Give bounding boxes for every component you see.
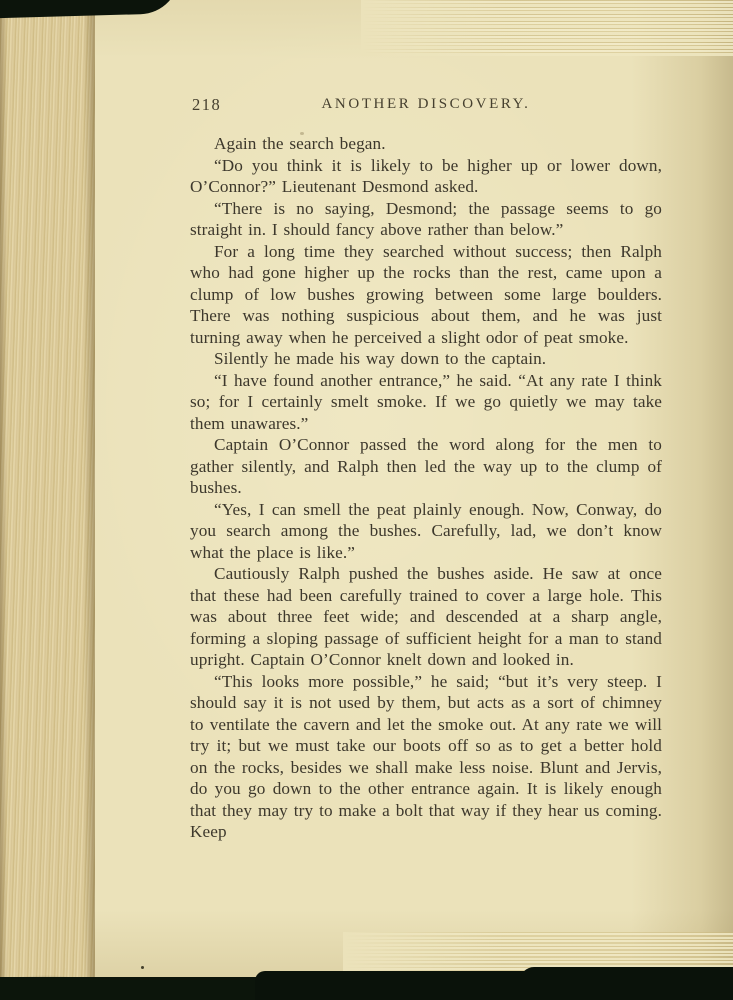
paragraph: “I have found another entrance,” he said…: [190, 370, 662, 435]
cover-bottom-band-mid: [520, 967, 733, 1000]
page-fore-edge-stack: [0, 0, 97, 980]
page-number: 218: [192, 95, 221, 115]
running-header-title: ANOTHER DISCOVERY.: [190, 94, 662, 113]
paragraph: “This looks more possible,” he said; “bu…: [190, 671, 662, 843]
paragraph: “Yes, I can smell the peat plainly enoug…: [190, 499, 662, 564]
running-header: 218 ANOTHER DISCOVERY.: [190, 94, 662, 118]
paragraph: Captain O’Connor passed the word along f…: [190, 434, 662, 499]
paper-speck: [141, 966, 144, 969]
page-top-edges: [361, 0, 733, 56]
paragraph: Silently he made his way down to the cap…: [190, 348, 662, 370]
printed-text-block: 218 ANOTHER DISCOVERY. Again the search …: [190, 94, 662, 843]
paragraph: Cautiously Ralph pushed the bushes aside…: [190, 563, 662, 671]
body-text: Again the search began. “Do you think it…: [190, 133, 662, 843]
paragraph: “There is no saying, Desmond; the passag…: [190, 198, 662, 241]
paragraph: Again the search began.: [190, 133, 662, 155]
book-photograph: 218 ANOTHER DISCOVERY. Again the search …: [0, 0, 733, 1000]
paragraph: “Do you think it is likely to be higher …: [190, 155, 662, 198]
paragraph: For a long time they searched without su…: [190, 241, 662, 349]
